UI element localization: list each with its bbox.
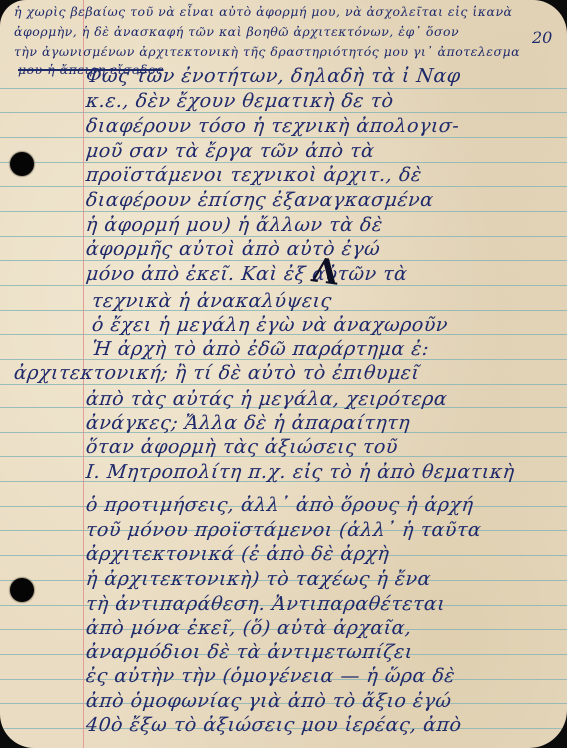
text-line: μοῦ σαν τὰ ἔργα τῶν ἀπὸ τὰ: [85, 140, 376, 162]
ruled-line: [0, 137, 567, 138]
marginal-note-line: τὴν ἀγωνισμένων ἀρχιτεκτονικὴ τῆς δραστη…: [14, 44, 520, 59]
text-line: ἀπὸ τὰς αὐτάς ἡ μεγάλα, χειρότερα: [85, 388, 449, 410]
text-line: ὁ προτιμήσεις, ἀλλ᾽ ἀπὸ ὅρους ἡ ἀρχή: [85, 494, 475, 516]
bold-ink-mark: Λ: [309, 250, 341, 293]
punch-hole: [10, 152, 34, 176]
text-line: ἐς αὐτὴν τὴν (ὁμογένεια — ἡ ὥρα δὲ: [85, 665, 456, 687]
text-line: τεχνικὰ ἡ ἀνακαλύψεις: [91, 290, 333, 312]
text-line: ἡ ἀρχιτεκτονικὴ) τὸ ταχέως ἡ ἔνα: [85, 568, 432, 590]
ruled-line: [0, 384, 567, 385]
manuscript-page: ἡ χωρὶς βεβαίως τοῦ νὰ εἶναι αὐτὸ ἀφορμή…: [0, 0, 567, 748]
marginal-note-line: ἡ χωρὶς βεβαίως τοῦ νὰ εἶναι αὐτὸ ἀφορμή…: [14, 4, 513, 19]
page-number: 20: [532, 28, 552, 47]
text-line: ἀπὸ ὁμοφωνίας γιὰ ἀπὸ τὸ ἄξιο ἐγώ: [85, 690, 453, 712]
text-line: ἀπὸ μόνα ἐκεῖ, (ὅ) αὐτὰ ἀρχαῖα,: [85, 617, 413, 639]
text-line: διαφέρουν τόσο ἡ τεχνικὴ ἀπολογισ-: [85, 115, 461, 137]
text-line: προϊστάμενοι τεχνικοὶ ἀρχιτ., δὲ: [85, 164, 423, 186]
ruled-line: [0, 260, 567, 261]
text-line: ἡ ἀφορμή μου) ἡ ἄλλων τὰ δὲ: [85, 214, 384, 236]
text-line: 40ὸ ἔξω τὸ ἀξιώσεις μου ἱερέας, ἀπὸ: [85, 714, 463, 736]
text-line: Ι. Μητροπολίτη π.χ. εἰς τὸ ἡ ἀπὸ θεματικ…: [85, 461, 516, 483]
text-line: Ἡ ἀρχὴ τὸ ἀπὸ ἐδῶ παράρτημα ἐ:: [91, 338, 430, 360]
punch-hole: [10, 578, 34, 602]
text-line: τὴ ἀντιπαράθεση. Ἀντιπαραθέτεται: [85, 593, 447, 615]
text-line: ὁ ἔχει ἡ μεγάλη ἐγὼ νὰ ἀναχωροῦν: [91, 314, 449, 336]
marginal-note-line: ἀφορμὴν, ἡ δὲ ἀνασκαφή τῶν καὶ βοηθῶ ἀρχ…: [14, 24, 459, 39]
text-line: ἀνάγκες; Ἄλλα δὲ ἡ ἀπαραίτητη: [85, 412, 411, 434]
text-line: διαφέρουν ἐπίσης ἐξαναγκασμένα: [85, 189, 435, 211]
text-line: ἀρχιτεκτονική; ἢ τί δὲ αὐτὸ τὸ ἐπιθυμεῖ: [13, 362, 421, 384]
text-line: ὅταν ἀφορμὴ τὰς ἀξιώσεις τοῦ: [85, 436, 399, 458]
ruled-line: [0, 285, 567, 286]
ruled-line: [0, 186, 567, 187]
ruled-line: [0, 211, 567, 212]
text-line: μόνο ἀπὸ ἐκεῖ. Καὶ ἐξ αὐτῶν τὰ: [85, 263, 409, 285]
ruled-line: [0, 112, 567, 113]
text-line: Φῶς τῶν ἐνοτήτων, δηλαδὴ τὰ ἰ Ναφ: [85, 65, 462, 87]
text-line: ἀναρμόδιοι δὲ τὰ ἀντιμετωπίζει: [85, 641, 414, 663]
text-line: ἀρχιτεκτονικά (ἐ ἀπὸ δὲ ἀρχὴ: [85, 543, 391, 565]
text-line: κ.ε., δὲν ἔχουν θεματικὴ δε τὸ: [85, 90, 395, 112]
text-line: τοῦ μόνου προϊστάμενοι (ἀλλ᾽ ἡ ταῦτα: [85, 519, 483, 541]
